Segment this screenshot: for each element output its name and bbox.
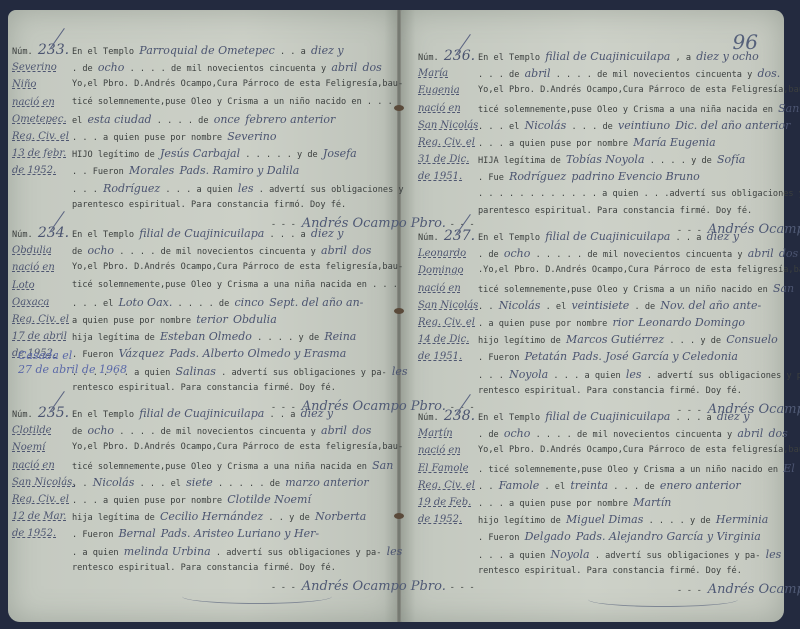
handwritten-text: Cecilio Hernández xyxy=(160,510,263,523)
typed-text: Yo,el Pbro. D.Andrés Ocampo,Cura Párroco… xyxy=(72,262,403,272)
typed-text: . . . . de xyxy=(178,299,230,309)
handwritten-text: Josefa xyxy=(323,147,357,160)
entry-body: En el Templo Parroquial de Ometepec . . … xyxy=(72,42,404,214)
entry-line: . de ocho . . . . de mil novecientos cin… xyxy=(72,59,404,76)
entry-line: HIJO legítimo de Jesús Carbajal . . . . … xyxy=(72,145,404,162)
typed-text: . el xyxy=(544,482,565,492)
entry-body: En el Templo filial de Cuajinicuilapa , … xyxy=(478,48,800,220)
handwritten-text: once xyxy=(214,113,240,126)
handwritten-text: Pads. Ramiro y Dalila xyxy=(180,164,300,177)
handwritten-text: enero anterior xyxy=(660,479,741,492)
typed-text: hija legítima de xyxy=(72,333,155,343)
handwritten-text: Petatán xyxy=(525,350,567,363)
handwritten-text: abril xyxy=(748,247,774,260)
entry-line: . Fueron Delgado Pads. Alejandro García … xyxy=(478,528,800,545)
typed-text: Yo,el Pbro. D.Andrés Ocampo,Cura Párroco… xyxy=(72,79,403,89)
entry-line: En el Templo Parroquial de Ometepec . . … xyxy=(72,42,404,59)
handwritten-text: Martín xyxy=(633,496,671,509)
entry-number-label: Núm. xyxy=(12,410,38,420)
typed-text: . . . a quien xyxy=(478,551,545,561)
entry-line: . ticé solemnemente,puse Oleo y Crisma a… xyxy=(478,460,800,477)
margin-notes: Núm. 235.ClotildeNoemínació enSan Nicolá… xyxy=(12,405,75,543)
typed-text: . . . a quien xyxy=(553,371,620,381)
typed-text: . de xyxy=(478,250,499,260)
handwritten-text: Noyola xyxy=(550,548,589,561)
handwritten-text: cinco xyxy=(234,296,264,309)
typed-text: . . . . y de xyxy=(257,333,319,343)
entry-line: ticé solemnemente,puse Oleo y Crisma a u… xyxy=(72,94,404,111)
entry-line: . Fueron Petatán Pads. José García y Cel… xyxy=(478,348,800,365)
typed-text: hijo legítimo de xyxy=(478,516,561,526)
typed-text: . . . xyxy=(72,185,98,195)
typed-text: . . . . . de xyxy=(218,479,280,489)
typed-text: . . . a quien puse por nombre xyxy=(72,133,222,143)
annotation-line: Casada el xyxy=(18,349,127,363)
typed-text: En el Templo xyxy=(478,53,540,63)
handwritten-text: les xyxy=(392,365,408,378)
margin-note: Reg. Civ. el xyxy=(12,128,69,145)
entry-line: Yo,el Pbro. D.Andrés Ocampo,Cura Párroco… xyxy=(72,76,404,93)
typed-text: . . . el xyxy=(478,122,519,132)
margin-note: nació en xyxy=(418,442,475,459)
typed-text: , a xyxy=(676,53,692,63)
margin-note: de 1952. xyxy=(12,162,69,179)
typed-text: parentesco espiritual. Para constancia f… xyxy=(72,200,346,210)
typed-text: . . xyxy=(478,302,494,312)
typed-text: En el Templo xyxy=(478,233,540,243)
handwritten-text: Nicolás xyxy=(499,299,541,312)
margin-note: nació en xyxy=(12,457,75,474)
handwritten-text: veintiuno xyxy=(618,119,670,132)
handwritten-text: Sept. del año an- xyxy=(269,296,363,309)
typed-text: En el Templo xyxy=(478,413,540,423)
entry-line: . . . a quien Noyola . advertí sus oblig… xyxy=(478,546,800,563)
entry-line: ticé solemnemente,puse Oleo y Crisma a u… xyxy=(478,280,800,297)
margin-note: nació en xyxy=(12,259,69,276)
typed-text: . . . de xyxy=(613,482,654,492)
handwritten-text: Parroquial de Ometepec xyxy=(139,44,274,57)
typed-text: En el Templo xyxy=(72,410,134,420)
typed-text: . de xyxy=(478,430,499,440)
handwritten-text: abril xyxy=(321,424,347,437)
margin-notes: Núm. 238.Martínnació enEl FamoleReg. Civ… xyxy=(418,408,475,528)
handwritten-text: ocho xyxy=(88,244,115,257)
margin-note: Eugenia xyxy=(418,82,478,99)
handwritten-text: Rodríguez xyxy=(103,182,160,195)
handwritten-text: Consuelo xyxy=(726,333,778,346)
typed-text: de xyxy=(72,427,82,437)
entry-line: hijo legítimo de Marcos Gutiérrez . . . … xyxy=(478,331,800,348)
typed-text: . . . el xyxy=(72,299,113,309)
typed-text: a quien puse por nombre xyxy=(72,316,191,326)
typed-text: . Fueron xyxy=(478,353,519,363)
handwritten-text: Norberta xyxy=(315,510,366,523)
handwritten-text: Delgado xyxy=(525,530,571,543)
entry-number: Núm. 236. xyxy=(418,48,478,65)
typed-text: . Fueron xyxy=(478,533,519,543)
handwritten-text: treinta xyxy=(570,479,608,492)
typed-text: de xyxy=(72,247,82,257)
handwritten-text: diez y xyxy=(717,410,750,423)
marginal-annotation: Casada el27 de abril de 1968 xyxy=(18,349,127,377)
typed-text: . . a xyxy=(270,410,296,420)
entry-line: . . Nicolás . . . el siete . . . . . de … xyxy=(72,474,403,491)
entry-line: . de ocho . . . . . de mil novecientos c… xyxy=(478,245,800,262)
entry-body: En el Templo filial de Cuajinicuilapa . … xyxy=(72,405,403,577)
typed-text: . . a xyxy=(676,233,702,243)
typed-text: . advertí sus obligaciones y pa- xyxy=(595,551,761,561)
handwritten-text: abril xyxy=(525,67,551,80)
typed-text: ticé solemnemente,puse Oleo y Crisma a u… xyxy=(478,105,773,115)
handwritten-text: Miguel Dimas xyxy=(566,513,643,526)
entry-line: En el Templo filial de Cuajinicuilapa . … xyxy=(478,408,800,425)
typed-text: . . . . . . . . . . . . a quien . . .adv… xyxy=(478,189,800,199)
entry-line: rentesco espiritual. Para constancia fir… xyxy=(72,380,408,397)
handwritten-text: Tobías Noyola xyxy=(566,153,645,166)
entry-line: . . . a quien puse por nombre Clotilde N… xyxy=(72,491,403,508)
entry-line: . . . Rodríguez . . . a quien les . adve… xyxy=(72,180,404,197)
margin-note: Reg. Civ. el xyxy=(12,311,69,328)
margin-note: Reg. Civ. el xyxy=(12,491,75,508)
entry-line: En el Templo filial de Cuajinicuilapa . … xyxy=(72,225,408,242)
typed-text: . de xyxy=(72,64,93,74)
handwritten-text: San xyxy=(372,459,393,472)
typed-text: . a quien puse por nombre xyxy=(478,319,607,329)
handwritten-text: Salinas xyxy=(176,365,216,378)
entry-line: ticé solemnemente,puse Oleo y Crisma a u… xyxy=(72,457,403,474)
entry-line: . . . a quien puse por nombre Severino xyxy=(72,128,404,145)
typed-text: . . Fueron xyxy=(72,167,124,177)
typed-text: . . . . y de xyxy=(650,156,712,166)
entry-line: Yo,el Pbro. D.Andrés Ocampo,Cura Párroco… xyxy=(478,442,800,459)
entry-number-label: Núm. xyxy=(12,47,38,57)
typed-text: . . xyxy=(72,479,88,489)
entry-line: a quien puse por nombre terior Obdulia xyxy=(72,311,408,328)
typed-text: . . . . de mil novecientos cincuenta y xyxy=(130,64,327,74)
margin-note: nació en xyxy=(418,100,478,117)
entry-number-label: Núm. xyxy=(418,53,444,63)
margin-note: 14 de Dic. xyxy=(418,331,478,348)
handwritten-text: les xyxy=(766,548,782,561)
handwritten-text: abril xyxy=(331,61,357,74)
handwritten-text: Famole xyxy=(499,479,540,492)
handwritten-text: Reina xyxy=(324,330,356,343)
typed-text: . . y de xyxy=(268,513,309,523)
handwritten-text: marzo anterior xyxy=(285,476,368,489)
margin-note: de 1952. xyxy=(418,511,475,528)
handwritten-text: Sofía xyxy=(717,153,745,166)
handwritten-text: San xyxy=(778,102,799,115)
entry-number-label: Núm. xyxy=(418,233,444,243)
entry-line: En el Templo filial de Cuajinicuilapa , … xyxy=(478,48,800,65)
typed-text: . . . y de xyxy=(669,336,721,346)
handwritten-text: dos xyxy=(362,61,381,74)
handwritten-text: Pads. Alberto Olmedo y Erasma xyxy=(170,347,347,360)
typed-text: . . . a xyxy=(270,230,306,240)
typed-text: . . . a xyxy=(676,413,712,423)
handwritten-text: abril xyxy=(737,427,763,440)
entry-line: En el Templo filial de Cuajinicuilapa . … xyxy=(72,405,403,422)
handwritten-text: les xyxy=(626,368,642,381)
typed-text: hijo legítimo de xyxy=(478,336,561,346)
entry-line: rentesco espiritual. Para constancia fir… xyxy=(478,563,800,580)
handwritten-text: Dic. del año anterior xyxy=(675,119,790,132)
handwritten-text: dos xyxy=(352,244,371,257)
typed-text: rentesco espiritual. Para constancia fir… xyxy=(478,386,742,396)
typed-text: el xyxy=(72,116,82,126)
typed-text: . . . a quien puse por nombre xyxy=(478,499,628,509)
entry-line: ticé solemnemente,puse Oleo y Crisma a u… xyxy=(72,277,408,294)
margin-note: nació en xyxy=(418,280,478,297)
margin-note: San Nicolás xyxy=(418,297,478,314)
entry-line: hija legítima de Esteban Olmedo . . . . … xyxy=(72,328,408,345)
signature-text: Andrés Ocampo Pbro. xyxy=(302,579,446,594)
margin-note: Oaxaca xyxy=(12,294,69,311)
handwritten-text: dos xyxy=(768,427,787,440)
entry-line: rentesco espiritual. Para constancia fir… xyxy=(478,383,800,400)
handwritten-text: ocho xyxy=(504,427,531,440)
typed-text: . Fue xyxy=(478,173,504,183)
entry-line: Yo,el Pbro. D.Andrés Ocampo,Cura Párroco… xyxy=(478,82,800,99)
handwritten-text: Rodríguez xyxy=(509,170,566,183)
entry-line: . . . el Nicolás . . . de veintiuno Dic.… xyxy=(478,117,800,134)
handwritten-text: Esteban Olmedo xyxy=(160,330,252,343)
margin-note: 31 de Dic. xyxy=(418,151,478,168)
handwritten-text: febrero anterior xyxy=(245,113,335,126)
entry-line: . Fueron Bernal Pads. Aristeo Luriano y … xyxy=(72,525,403,542)
margin-note: Reg. Civ. el xyxy=(418,477,475,494)
handwritten-text: terior xyxy=(196,313,228,326)
typed-text: . advertí sus obligaciones y pa- xyxy=(647,371,800,381)
typed-text: . . . a quien xyxy=(165,185,232,195)
margin-note: Severino xyxy=(12,59,69,76)
typed-text: . ticé solemnemente,puse Oleo y Crisma a… xyxy=(478,465,778,475)
entry-number: Núm. 237. xyxy=(418,228,478,245)
margin-note: Martín xyxy=(418,425,475,442)
entry-number-label: Núm. xyxy=(12,230,38,240)
entry-line: . de ocho . . . . de mil novecientos cin… xyxy=(478,425,800,442)
entry-line: . a quien puse por nombre rior Leonardo … xyxy=(478,314,800,331)
entry-number: Núm. 233. xyxy=(12,42,69,59)
entry-line: . . . a quien puse por nombre María Euge… xyxy=(478,134,800,151)
handwritten-text: ocho xyxy=(88,424,115,437)
entry-line: . a quien melinda Urbina . advertí sus o… xyxy=(72,543,403,560)
handwritten-text: les xyxy=(387,545,403,558)
entry-line: parentesco espiritual. Para constancia f… xyxy=(478,203,800,220)
typed-text: hija legítima de xyxy=(72,513,155,523)
typed-text: Yo,el Pbro. D.Andrés Ocampo,Cura Párroco… xyxy=(478,85,800,95)
margin-note: Loto xyxy=(12,277,69,294)
entry-line: de ocho . . . . de mil novecientos cincu… xyxy=(72,422,403,439)
handwritten-text: Nicolás xyxy=(93,476,135,489)
handwritten-text: filial de Cuajinicuilapa xyxy=(545,50,670,63)
typed-text: . . . . . de mil novecientos cincuenta y xyxy=(536,250,743,260)
typed-text: . . . de xyxy=(478,70,519,80)
entry-number-label: Núm. xyxy=(418,413,444,423)
handwritten-text: diez y xyxy=(301,407,334,420)
handwritten-text: Nov. del año ante- xyxy=(660,299,761,312)
handwritten-text: rior xyxy=(613,316,634,329)
handwritten-text: María Eugenia xyxy=(633,136,715,149)
typed-text: . . . el xyxy=(140,479,181,489)
margin-note: Clotilde xyxy=(12,422,75,439)
typed-text: . . . a quien puse por nombre xyxy=(72,496,222,506)
handwritten-text: Herminia xyxy=(716,513,768,526)
typed-text: .Yo,el Pbro. D.Andrés Ocampo,Cura Párroc… xyxy=(478,265,800,275)
handwritten-text: Bernal xyxy=(119,527,156,540)
entry-line: parentesco espiritual. Para constancia f… xyxy=(72,197,404,214)
typed-text: . . . a quien puse por nombre xyxy=(478,139,628,149)
entry-line: En el Templo filial de Cuajinicuilapa . … xyxy=(478,228,800,245)
handwritten-text: Clotilde Noemí xyxy=(227,493,311,506)
handwritten-text: Jesús Carbajal xyxy=(160,147,240,160)
margin-notes: Núm. 233.SeverinoNiñonació enOmetepec.Re… xyxy=(12,42,69,180)
entry-body: En el Templo filial de Cuajinicuilapa . … xyxy=(478,228,800,400)
handwritten-text: diez y ocho xyxy=(696,50,759,63)
entry-line: rentesco espiritual. Para constancia fir… xyxy=(72,560,403,577)
annotation-line: 27 de abril de 1968 xyxy=(18,363,127,377)
entry-line: . . . el Loto Oax. . . . . de cinco Sept… xyxy=(72,294,408,311)
handwritten-text: ocho xyxy=(98,61,125,74)
entry-line: . . . de abril . . . . de mil noveciento… xyxy=(478,65,800,82)
entry-line: . . Fueron Morales Pads. Ramiro y Dalila xyxy=(72,162,404,179)
handwritten-text: diez y xyxy=(311,44,344,57)
entry-line: ticé solemnemente,puse Oleo y Crisma a u… xyxy=(478,100,800,117)
typed-text: . advertí sus obligaciones y pa- xyxy=(216,548,382,558)
typed-text: Yo,el Pbro. D.Andrés Ocampo,Cura Párroco… xyxy=(72,442,403,452)
typed-text: ticé solemnemente,puse Oleo y Crisma a u… xyxy=(478,285,768,295)
entry-line: . . . Noyola . . . a quien les . advertí… xyxy=(478,366,800,383)
typed-text: . . . . de mil novecientos cincuenta y xyxy=(119,427,316,437)
typed-text: HIJA legítima de xyxy=(478,156,561,166)
entry-line: HIJA legítima de Tobías Noyola . . . . y… xyxy=(478,151,800,168)
handwritten-text: diez y xyxy=(707,230,740,243)
typed-text: . advertí sus obligaciones y pa- xyxy=(221,368,387,378)
typed-text: . a quien xyxy=(72,548,119,558)
entry-line: el esta ciudad . . . . de once febrero a… xyxy=(72,111,404,128)
typed-text: . . . xyxy=(478,371,504,381)
handwritten-text: filial de Cuajinicuilapa xyxy=(139,407,264,420)
handwritten-text: padrino Evencio Bruno xyxy=(571,170,699,183)
handwritten-text: Leonardo Domingo xyxy=(638,316,745,329)
handwritten-text: dos. xyxy=(757,67,780,80)
handwritten-text: Obdulia xyxy=(233,313,277,326)
margin-note: 19 de Feb. xyxy=(418,494,475,511)
handwritten-text: ocho xyxy=(504,247,531,260)
handwritten-text: veintisiete xyxy=(571,299,629,312)
margin-note: de 1951. xyxy=(418,168,478,185)
margin-note: Ometepec. xyxy=(12,111,69,128)
typed-text: ticé solemnemente,puse Oleo y Crisma a u… xyxy=(72,97,393,107)
margin-note: Noemí xyxy=(12,439,75,456)
signature-line: - - - xyxy=(446,583,476,593)
margin-notes: Núm. 236.MaríaEugenianació enSan Nicolás… xyxy=(418,48,478,186)
entry-number: Núm. 234. xyxy=(12,225,69,242)
entry-line: Yo,el Pbro. D.Andrés Ocampo,Cura Párroco… xyxy=(72,259,408,276)
typed-text: . Fueron xyxy=(72,530,113,540)
entry-line: . . . . . . . . . . . . a quien . . .adv… xyxy=(478,186,800,203)
handwritten-text: abril xyxy=(321,244,347,257)
margin-note: María xyxy=(418,65,478,82)
typed-text: . de xyxy=(635,302,656,312)
entry-number: Núm. 235. xyxy=(12,405,75,422)
handwritten-text: Pads. Alejandro García y Virginia xyxy=(576,530,761,543)
handwritten-text: San xyxy=(773,282,794,295)
entry-line: de ocho . . . . de mil novecientos cincu… xyxy=(72,242,408,259)
handwritten-text: melinda Urbina xyxy=(124,545,211,558)
margin-notes: Núm. 237.LeonardoDomingonació enSan Nico… xyxy=(418,228,478,366)
entry-body: En el Templo filial de Cuajinicuilapa . … xyxy=(478,408,800,580)
entry-number: Núm. 238. xyxy=(418,408,475,425)
typed-text: ticé solemnemente,puse Oleo y Crisma a u… xyxy=(72,280,398,290)
typed-text: . . . de xyxy=(571,122,612,132)
handwritten-text: Marcos Gutiérrez xyxy=(566,333,664,346)
typed-text: rentesco espiritual. Para constancia fir… xyxy=(72,563,336,573)
margin-note: Leonardo xyxy=(418,245,478,262)
typed-text: . . . . y de xyxy=(649,516,711,526)
typed-text: . . . . . y de xyxy=(245,150,317,160)
handwritten-text: Loto Oax. xyxy=(119,296,173,309)
typed-text: . . a xyxy=(280,47,306,57)
entry-line: hijo legítimo de Miguel Dimas . . . . y … xyxy=(478,511,800,528)
entry-line: . . Famole . el treinta . . . de enero a… xyxy=(478,477,800,494)
margin-note: El Famole xyxy=(418,460,475,477)
typed-text: . . . . de mil novecientos cincuenta y xyxy=(556,70,753,80)
typed-text: ticé solemnemente,puse Oleo y Crisma a u… xyxy=(72,462,367,472)
margin-note: San Nicolás. xyxy=(12,474,75,491)
signature-flourish xyxy=(588,592,738,607)
handwritten-text: siete xyxy=(186,476,213,489)
typed-text: HIJO legítimo de xyxy=(72,150,155,160)
margin-note: Reg. Civ. el xyxy=(418,314,478,331)
handwritten-text: Morales xyxy=(129,164,174,177)
typed-text: En el Templo xyxy=(72,47,134,57)
typed-text: . advertí sus obligaciones y xyxy=(259,185,404,195)
handwritten-text: filial de Cuajinicuilapa xyxy=(139,227,264,240)
typed-text: En el Templo xyxy=(72,230,134,240)
handwritten-text: Severino xyxy=(227,130,276,143)
handwritten-text: El xyxy=(783,462,795,475)
typed-text: . . xyxy=(478,482,494,492)
typed-text: . el xyxy=(546,302,567,312)
entry-line: Yo,el Pbro. D.Andrés Ocampo,Cura Párroco… xyxy=(72,439,403,456)
margin-note: 12 de Mar. xyxy=(12,508,75,525)
margin-note: nació en xyxy=(12,94,69,111)
margin-note: de 1952. xyxy=(12,525,75,542)
entry-line: . . Nicolás . el veintisiete . de Nov. d… xyxy=(478,297,800,314)
margin-note: de 1951. xyxy=(418,348,478,365)
typed-text: rentesco espiritual. Para constancia fir… xyxy=(72,383,336,393)
typed-text: . . . . de mil novecientos cincuenta y xyxy=(119,247,316,257)
margin-note: Domingo xyxy=(418,262,478,279)
entry-line: . Fue Rodríguez padrino Evencio Bruno xyxy=(478,168,800,185)
handwritten-text: dos xyxy=(779,247,798,260)
handwritten-text: Pads. Aristeo Luriano y Her- xyxy=(161,527,319,540)
handwritten-text: esta ciudad xyxy=(88,113,152,126)
handwritten-text: Noyola xyxy=(509,368,548,381)
margin-note: Reg. Civ. el xyxy=(418,134,478,151)
margin-note: San Nicolás xyxy=(418,117,478,134)
entry-line: hija legítima de Cecilio Hernández . . y… xyxy=(72,508,403,525)
typed-text: Yo,el Pbro. D.Andrés Ocampo,Cura Párroco… xyxy=(478,445,800,455)
handwritten-text: les xyxy=(238,182,254,195)
margin-note: 17 de abril xyxy=(12,328,69,345)
handwritten-text: Nicolás xyxy=(525,119,567,132)
entry-line: . . . a quien puse por nombre Martín xyxy=(478,494,800,511)
margin-notes: Núm. 234.Obdulianació enLotoOaxacaReg. C… xyxy=(12,225,69,363)
handwritten-text: Pads. José García y Celedonia xyxy=(572,350,738,363)
typed-text: . . . . de xyxy=(157,116,209,126)
